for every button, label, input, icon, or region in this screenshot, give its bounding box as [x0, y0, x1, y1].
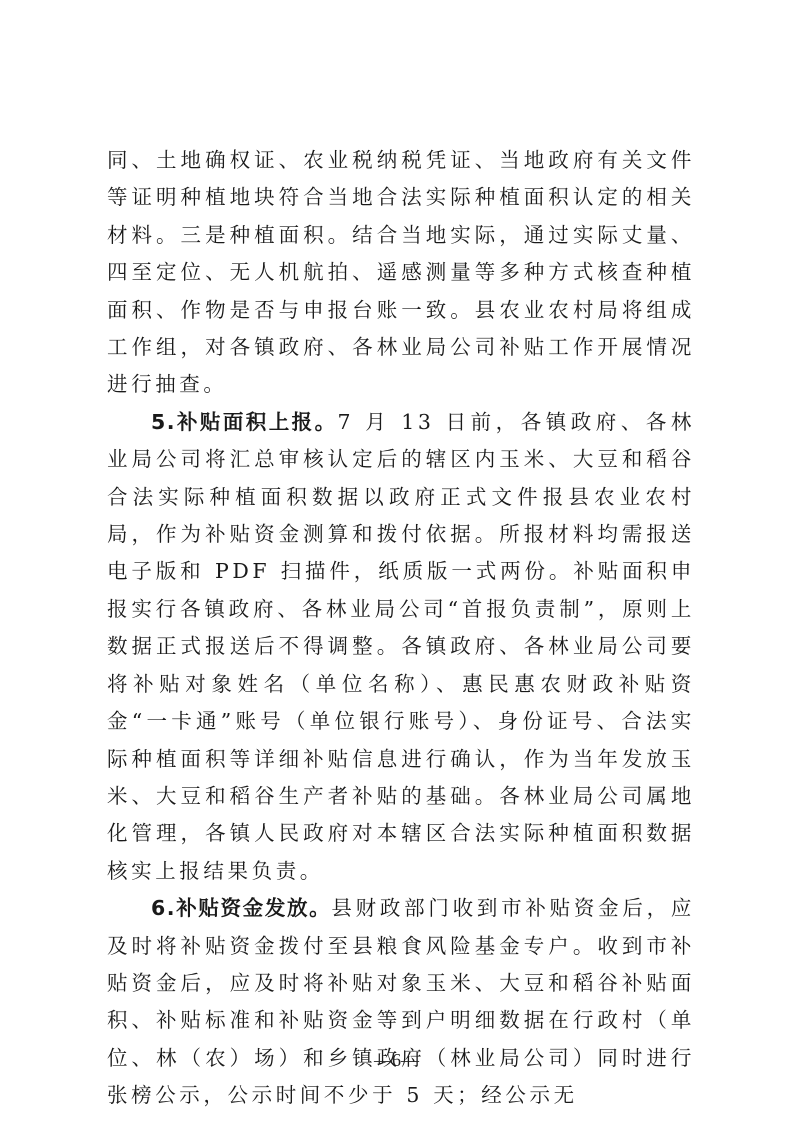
paragraph-subsidy-fund-distribution: 6.补贴资金发放。县财政部门收到市补贴资金后，应及时将补贴资金拨付至县粮食风险基…: [107, 890, 695, 1114]
document-body: 同、土地确权证、农业税纳税凭证、当地政府有关文件等证明种植地块符合当地合法实际种…: [107, 142, 695, 1115]
paragraph-text: 同、土地确权证、农业税纳税凭证、当地政府有关文件等证明种植地块符合当地合法实际种…: [107, 148, 695, 396]
paragraph-text: 县财政部门收到市补贴资金后，应及时将补贴资金拨付至县粮食风险基金专户。收到市补贴…: [107, 896, 695, 1107]
paragraph-text: 7 月 13 日前，各镇政府、各林业局公司将汇总审核认定后的辖区内玉米、大豆和稻…: [107, 410, 695, 883]
page-number: —6—: [0, 1050, 793, 1071]
section-heading-6: 6.补贴资金发放。: [151, 896, 331, 920]
section-heading-5: 5.补贴面积上报。: [151, 410, 338, 434]
paragraph-continued: 同、土地确权证、农业税纳税凭证、当地政府有关文件等证明种植地块符合当地合法实际种…: [107, 142, 695, 404]
paragraph-subsidy-area-report: 5.补贴面积上报。7 月 13 日前，各镇政府、各林业局公司将汇总审核认定后的辖…: [107, 404, 695, 890]
